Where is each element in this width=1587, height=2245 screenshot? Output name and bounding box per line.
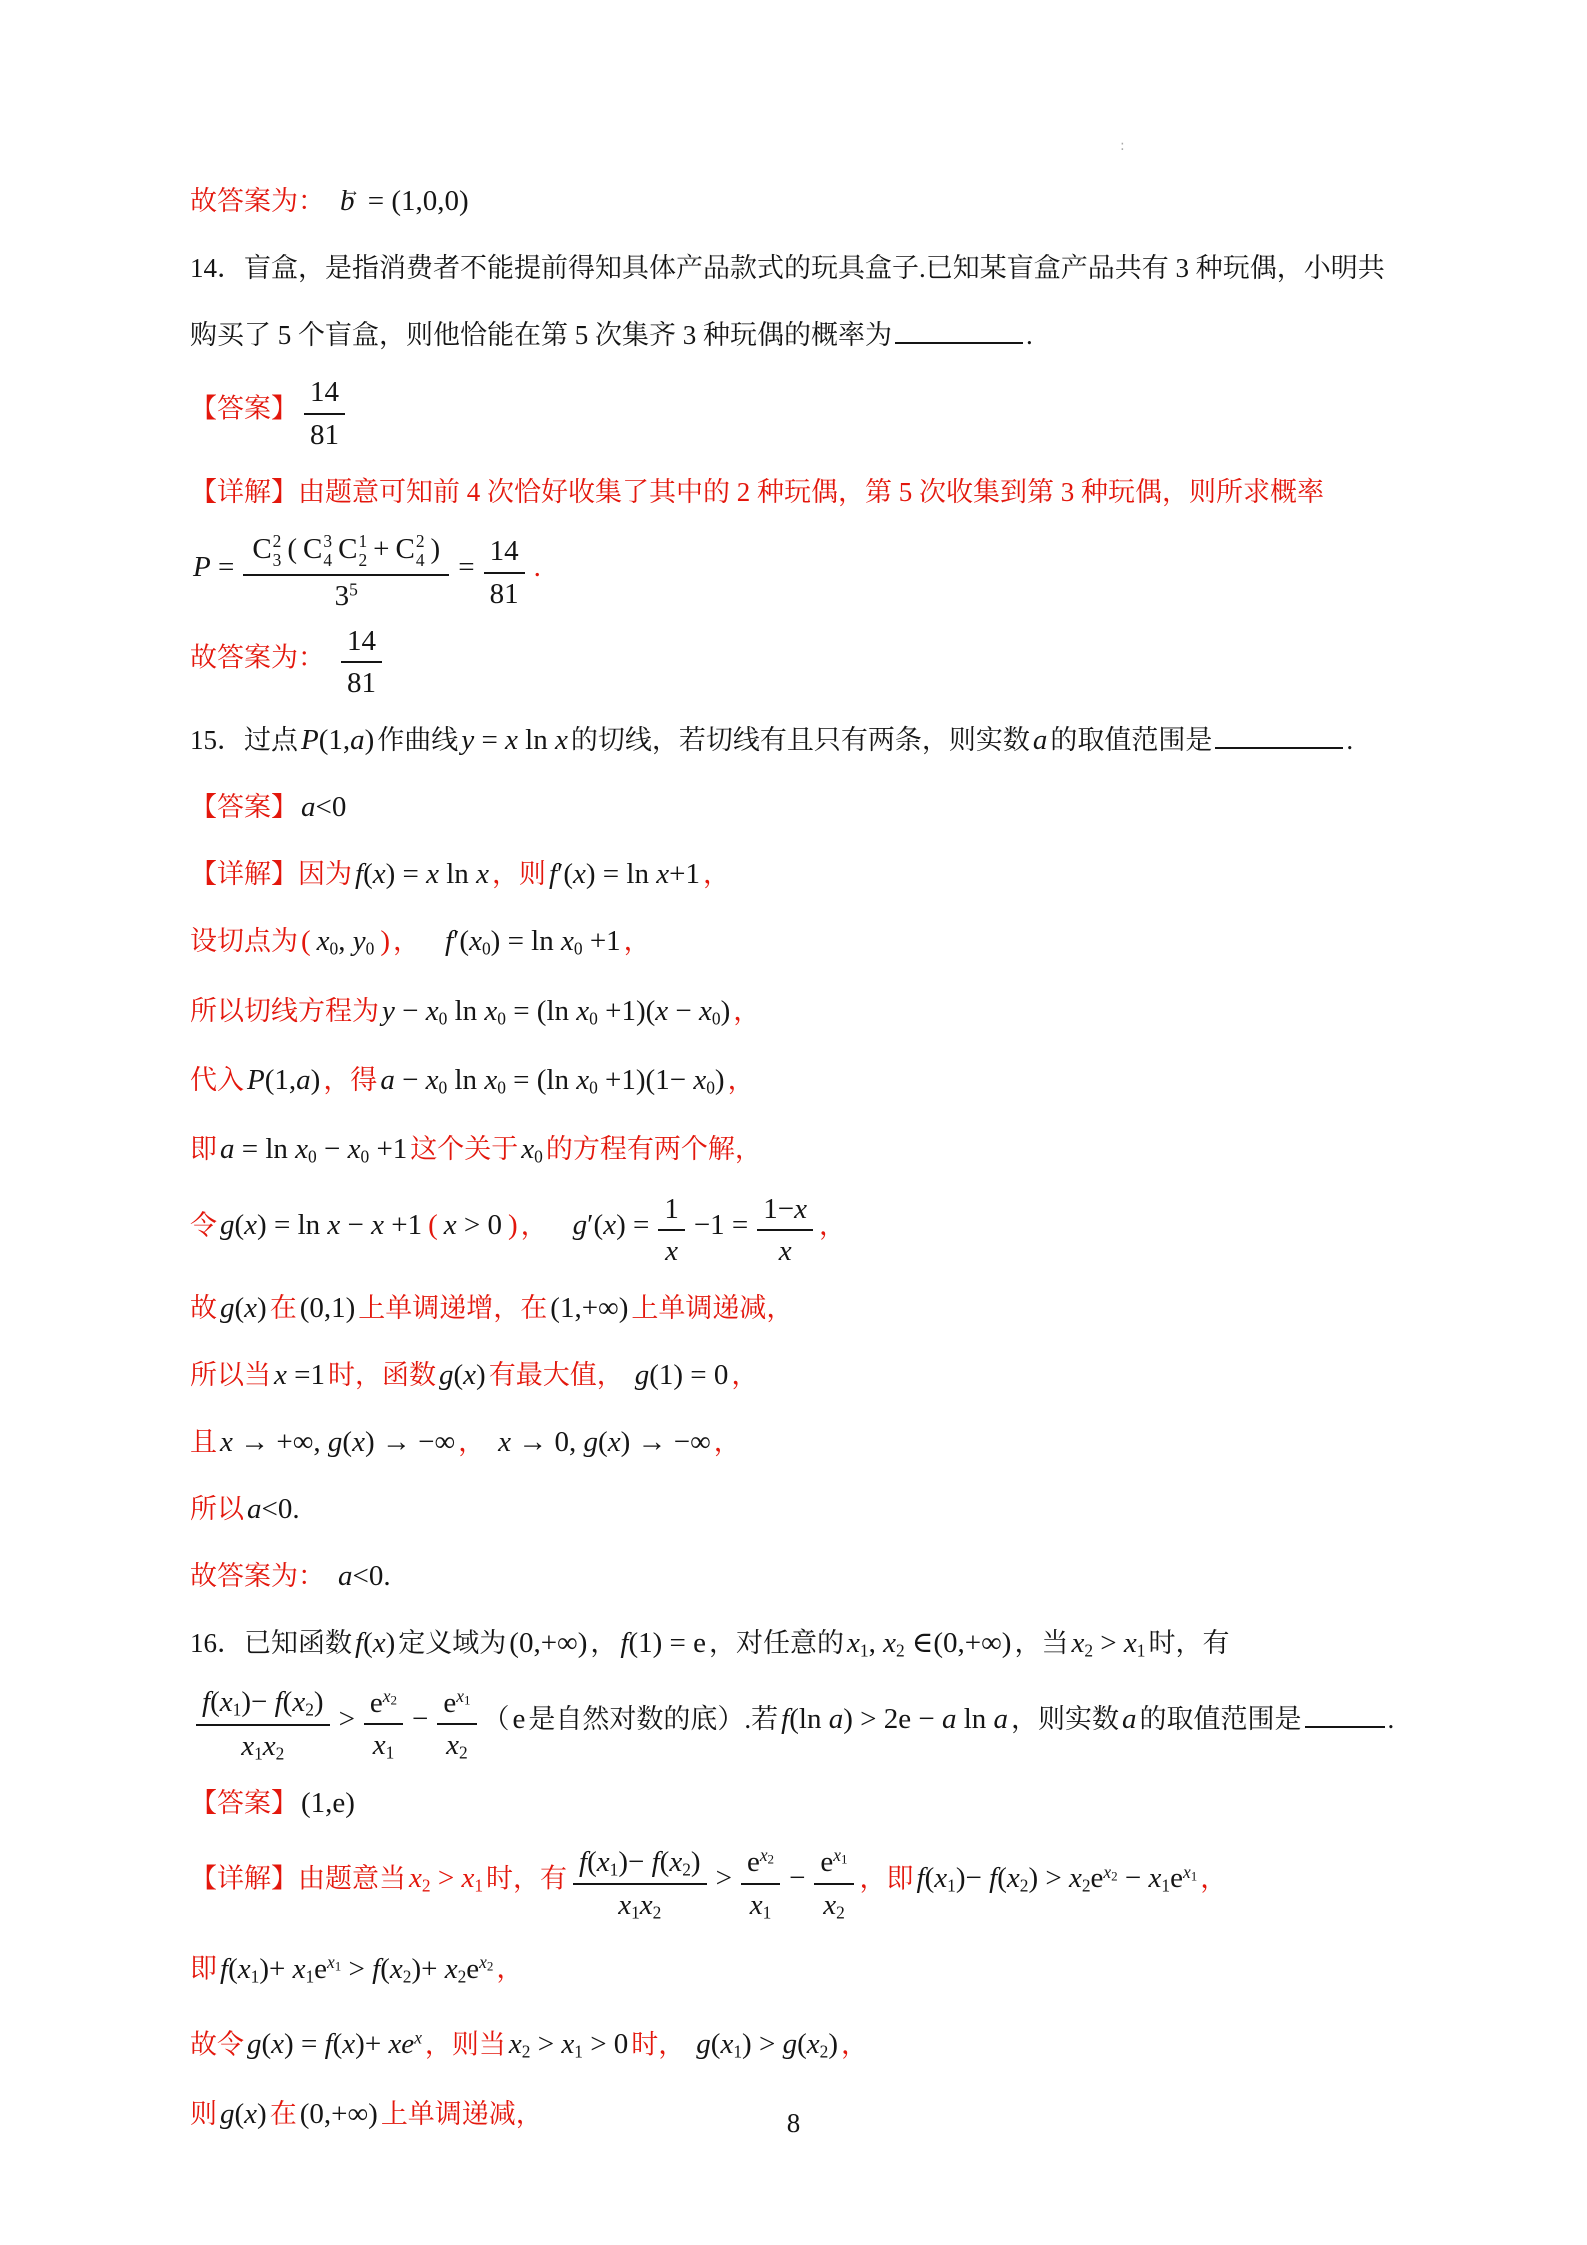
q16-explain-2: 即f(x1)+ x1ex1 > f(x2)+ x2ex2，	[190, 1933, 1405, 2005]
comb-supsub: 23	[273, 532, 282, 571]
q15-explain-3: 所以切线方程为y − x0 ln x0 = (ln x0 +1)(x − x0)…	[190, 982, 1405, 1047]
q15-explain-9: 且x → +∞, g(x) → −∞，x → 0, g(x) → −∞，	[190, 1413, 1405, 1476]
document-lines: 故答案为：→b = (1,0,0)14．盲盒，是指消费者不能提前得知具体产品款式…	[190, 172, 1405, 2152]
comb-supsub: 24	[416, 532, 425, 571]
page-number: 8	[0, 2108, 1587, 2139]
q15-explain-5: 即a = ln x0 − x0 +1这个关于x0的方程有两个解，	[190, 1120, 1405, 1185]
q14-answer-line: 【答案】1481	[190, 375, 1405, 453]
q15-explain-10: 所以a<0.	[190, 1480, 1405, 1543]
q15-explain-6: 令g(x) = ln x − x +1(x > 0)，g′(x) =1x−1 =…	[190, 1192, 1405, 1270]
q14-formula-line: P =C23(C34C12+C24)35=1481.	[190, 532, 1405, 614]
stray-mark: :	[1120, 138, 1125, 154]
q16-text-line-2: f(x1)− f(x2)x1x2>ex2x1−ex1x2（e是自然对数的底）.若…	[190, 1685, 1405, 1763]
q15-explain-2: 设切点为(x0, y0)，f′(x0) = ln x0 +1，	[190, 912, 1405, 977]
q16-explain-1: 【详解】由题意当x2 > x1时，有f(x1)− f(x2)x1x2>ex2x1…	[190, 1843, 1405, 1923]
q15-explain-4: 代入P(1,a)，得a − x0 ln x0 = (ln x0 +1)(1− x…	[190, 1051, 1405, 1116]
vector-notation: →b	[340, 172, 355, 230]
prev-question-final-answer: 故答案为：→b = (1,0,0)	[190, 172, 1405, 235]
q16-explain-3: 故令g(x) = f(x)+ xex，则当x2 > x1 > 0时，g(x1) …	[190, 2009, 1405, 2081]
q14-text-line-1: 14．盲盒，是指消费者不能提前得知具体产品款式的玩具盒子.已知某盲盒产品共有 3…	[190, 239, 1405, 302]
q16-answer-line: 【答案】(1,e)	[190, 1774, 1405, 1837]
q15-explain-7: 故g(x)在(0,1)上单调递增，在(1,+∞)上单调递减，	[190, 1279, 1405, 1342]
exam-answer-page: { "page": { "width": 1587, "height": 224…	[0, 0, 1587, 2245]
q14-explain-line: 【详解】由题意可知前 4 次恰好收集了其中的 2 种玩偶，第 5 次收集到第 3…	[190, 463, 1405, 526]
comb-supsub: 34	[323, 532, 332, 571]
q15-explain-8: 所以当x =1时，函数g(x)有最大值，g(1) = 0，	[190, 1346, 1405, 1409]
vector-arrow-icon: →	[343, 162, 360, 220]
q14-final-answer-line: 故答案为：1481	[190, 624, 1405, 702]
q15-answer-line: 【答案】a<0	[190, 778, 1405, 841]
answer-blank	[895, 327, 1023, 344]
q16-text-line-1: 16．已知函数f(x)定义域为(0,+∞)，f(1) = e，对任意的x1, x…	[190, 1614, 1405, 1679]
q14-text-line-2: 购买了 5 个盲盒，则他恰能在第 5 次集齐 3 种玩偶的概率为.	[190, 306, 1405, 369]
q15-text-line: 15．过点P(1,a)作曲线y = x ln x的切线，若切线有且只有两条，则实…	[190, 711, 1405, 774]
q15-final-answer-line: 故答案为：a<0.	[190, 1547, 1405, 1610]
answer-blank	[1215, 732, 1343, 749]
answer-blank	[1305, 1712, 1385, 1729]
comb-supsub: 12	[358, 532, 367, 571]
q15-explain-1: 【详解】因为f(x) = x ln x，则f′(x) = ln x+1，	[190, 845, 1405, 908]
